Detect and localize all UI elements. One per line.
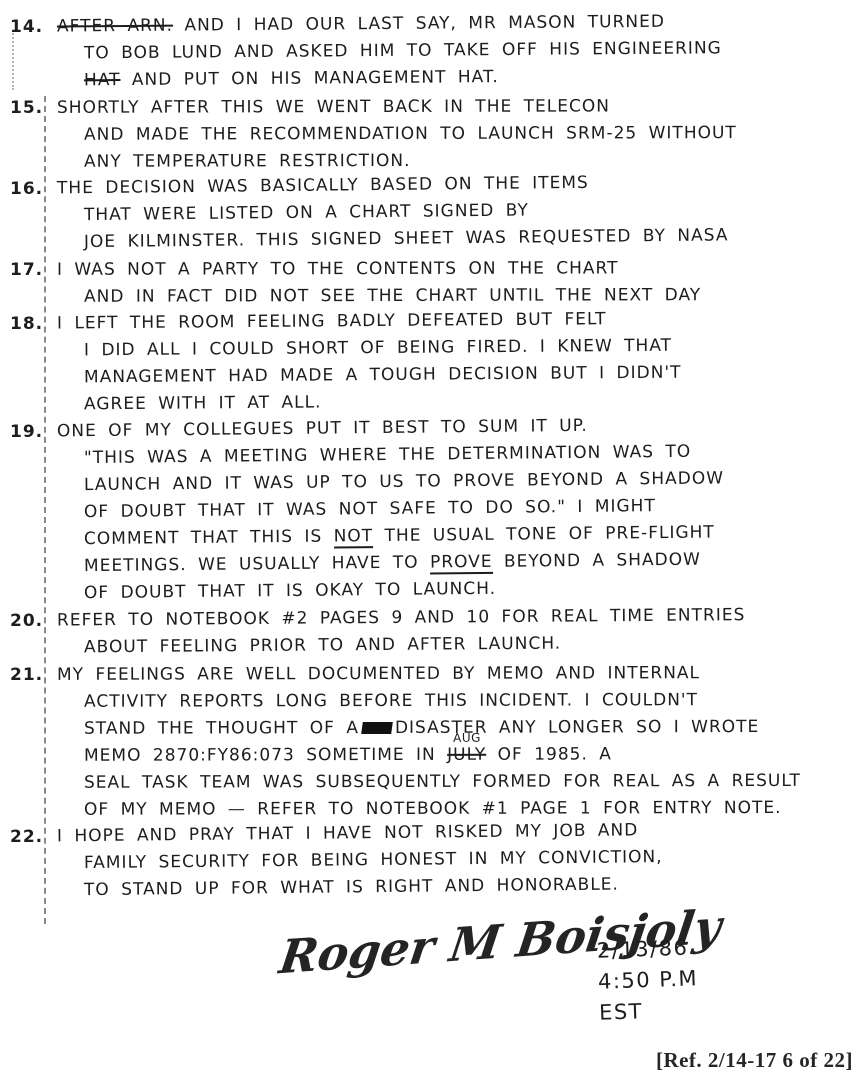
- handwritten-text: AND PUT ON HIS MANAGEMENT HAT.: [120, 67, 498, 90]
- document-item: 21.MY FEELINGS ARE WELL DOCUMENTED BY ME…: [0, 662, 867, 824]
- handwritten-line: AND MADE THE RECOMMENDATION TO LAUNCH SR…: [0, 120, 867, 149]
- signature-date: 2/13/86: [596, 932, 697, 966]
- handwritten-text: OF DOUBT THAT IT IS OKAY TO LAUNCH.: [84, 579, 496, 603]
- handwritten-text: ABOUT FEELING PRIOR TO AND AFTER LAUNCH.: [84, 634, 561, 658]
- handwritten-text: I DID ALL I COULD SHORT OF BEING FIRED. …: [84, 336, 672, 361]
- handwritten-text: THE USUAL TONE OF PRE-FLIGHT: [373, 523, 715, 547]
- document-item: 17.I WAS NOT A PARTY TO THE CONTENTS ON …: [0, 257, 867, 311]
- document-item: 15.SHORTLY AFTER THIS WE WENT BACK IN TH…: [0, 95, 867, 176]
- inserted-text-above: AUG: [453, 732, 481, 744]
- strikethrough-text: AFTER ARN.: [57, 16, 173, 37]
- document-item: 18.I LEFT THE ROOM FEELING BADLY DEFEATE…: [0, 311, 867, 419]
- handwritten-text: AND IN FACT DID NOT SEE THE CHART UNTIL …: [84, 285, 701, 307]
- handwritten-text: DISASTER ANY LONGER SO I WROTE: [395, 717, 759, 738]
- handwritten-text: MEETINGS. WE USUALLY HAVE TO: [84, 552, 430, 576]
- handwritten-text: MANAGEMENT HAD MADE A TOUGH DECISION BUT…: [84, 363, 682, 388]
- handwritten-text: OF 1985. A: [486, 744, 612, 764]
- handwritten-line: MY FEELINGS ARE WELL DOCUMENTED BY MEMO …: [0, 660, 867, 689]
- handwritten-line: HAT AND PUT ON HIS MANAGEMENT HAT.: [0, 61, 867, 95]
- handwritten-text: OF DOUBT THAT IT WAS NOT SAFE TO DO SO."…: [84, 496, 656, 522]
- handwritten-text: BEYOND A SHADOW: [492, 550, 701, 572]
- handwritten-text: AND I HAD OUR LAST SAY, MR MASON TURNED: [173, 12, 665, 36]
- corrected-text: JULYAUG: [447, 745, 486, 765]
- document-page: 14.AFTER ARN. AND I HAD OUR LAST SAY, MR…: [0, 0, 867, 1089]
- handwritten-line: ABOUT FEELING PRIOR TO AND AFTER LAUNCH.: [0, 628, 867, 662]
- handwritten-text: TO STAND UP FOR WHAT IS RIGHT AND HONORA…: [84, 875, 619, 901]
- handwritten-text: ANY TEMPERATURE RESTRICTION.: [84, 151, 411, 172]
- signature-meta: 2/13/86 4:50 P.M EST: [596, 932, 699, 1028]
- document-item: 16.THE DECISION WAS BASICALLY BASED ON T…: [0, 176, 867, 257]
- handwritten-line: MEMO 2870:FY86:073 SOMETIME IN JULYAUG O…: [0, 741, 867, 770]
- handwritten-text: JOE KILMINSTER. THIS SIGNED SHEET WAS RE…: [84, 225, 729, 252]
- handwritten-line: SHORTLY AFTER THIS WE WENT BACK IN THE T…: [0, 93, 867, 122]
- document-item: 14.AFTER ARN. AND I HAD OUR LAST SAY, MR…: [0, 14, 867, 95]
- handwritten-text: AND MADE THE RECOMMENDATION TO LAUNCH SR…: [84, 123, 737, 145]
- handwritten-text: I WAS NOT A PARTY TO THE CONTENTS ON THE…: [57, 258, 619, 279]
- document-item: 22.I HOPE AND PRAY THAT I HAVE NOT RISKE…: [0, 824, 867, 905]
- handwritten-text: I LEFT THE ROOM FEELING BADLY DEFEATED B…: [57, 309, 607, 333]
- document-items: 14.AFTER ARN. AND I HAD OUR LAST SAY, MR…: [0, 14, 867, 905]
- handwritten-text: THE DECISION WAS BASICALLY BASED ON THE …: [57, 173, 589, 199]
- signature-time: 4:50 P.M: [597, 963, 698, 997]
- handwritten-text: THAT WERE LISTED ON A CHART SIGNED BY: [84, 200, 529, 225]
- strikethrough-text: HAT: [84, 70, 121, 90]
- signature-timezone: EST: [599, 994, 700, 1028]
- document-item: 19.ONE OF MY COLLEGUES PUT IT BEST TO SU…: [0, 419, 867, 608]
- underlined-text: NOT: [334, 526, 374, 548]
- document-item: 20.REFER TO NOTEBOOK #2 PAGES 9 AND 10 F…: [0, 608, 867, 662]
- handwritten-text: TO BOB LUND AND ASKED HIM TO TAKE OFF HI…: [84, 38, 722, 63]
- handwritten-text: SHORTLY AFTER THIS WE WENT BACK IN THE T…: [57, 96, 610, 117]
- handwritten-text: AGREE WITH IT AT ALL.: [84, 392, 322, 414]
- redaction-mark: [361, 722, 393, 734]
- signature-block: Roger M Boisjoly 2/13/86 4:50 P.M EST: [0, 916, 867, 1056]
- handwritten-text: ONE OF MY COLLEGUES PUT IT BEST TO SUM I…: [57, 416, 588, 442]
- handwritten-line: I WAS NOT A PARTY TO THE CONTENTS ON THE…: [0, 255, 867, 284]
- handwritten-line: SEAL TASK TEAM WAS SUBSEQUENTLY FORMED F…: [0, 768, 867, 797]
- handwritten-text: MEMO 2870:FY86:073 SOMETIME IN: [84, 745, 447, 766]
- handwritten-text: LAUNCH AND IT WAS UP TO US TO PROVE BEYO…: [84, 468, 724, 495]
- handwritten-line: ACTIVITY REPORTS LONG BEFORE THIS INCIDE…: [0, 687, 867, 716]
- reference-label: [Ref. 2/14-17 6 of 22]: [656, 1048, 853, 1073]
- underlined-text: PROVE: [430, 552, 493, 575]
- handwritten-text: I HOPE AND PRAY THAT I HAVE NOT RISKED M…: [57, 820, 638, 846]
- handwritten-text: FAMILY SECURITY FOR BEING HONEST IN MY C…: [84, 847, 663, 873]
- handwritten-text: ACTIVITY REPORTS LONG BEFORE THIS INCIDE…: [84, 690, 698, 712]
- handwritten-text: STAND THE THOUGHT OF A: [84, 718, 359, 739]
- handwritten-text: COMMENT THAT THIS IS: [84, 527, 334, 550]
- handwritten-line: STAND THE THOUGHT OF ADISASTER ANY LONGE…: [0, 714, 867, 743]
- handwritten-text: MY FEELINGS ARE WELL DOCUMENTED BY MEMO …: [57, 663, 700, 685]
- handwritten-text: SEAL TASK TEAM WAS SUBSEQUENTLY FORMED F…: [84, 771, 801, 793]
- handwritten-text: "THIS WAS A MEETING WHERE THE DETERMINAT…: [84, 442, 691, 468]
- handwritten-text: REFER TO NOTEBOOK #2 PAGES 9 AND 10 FOR …: [57, 605, 746, 630]
